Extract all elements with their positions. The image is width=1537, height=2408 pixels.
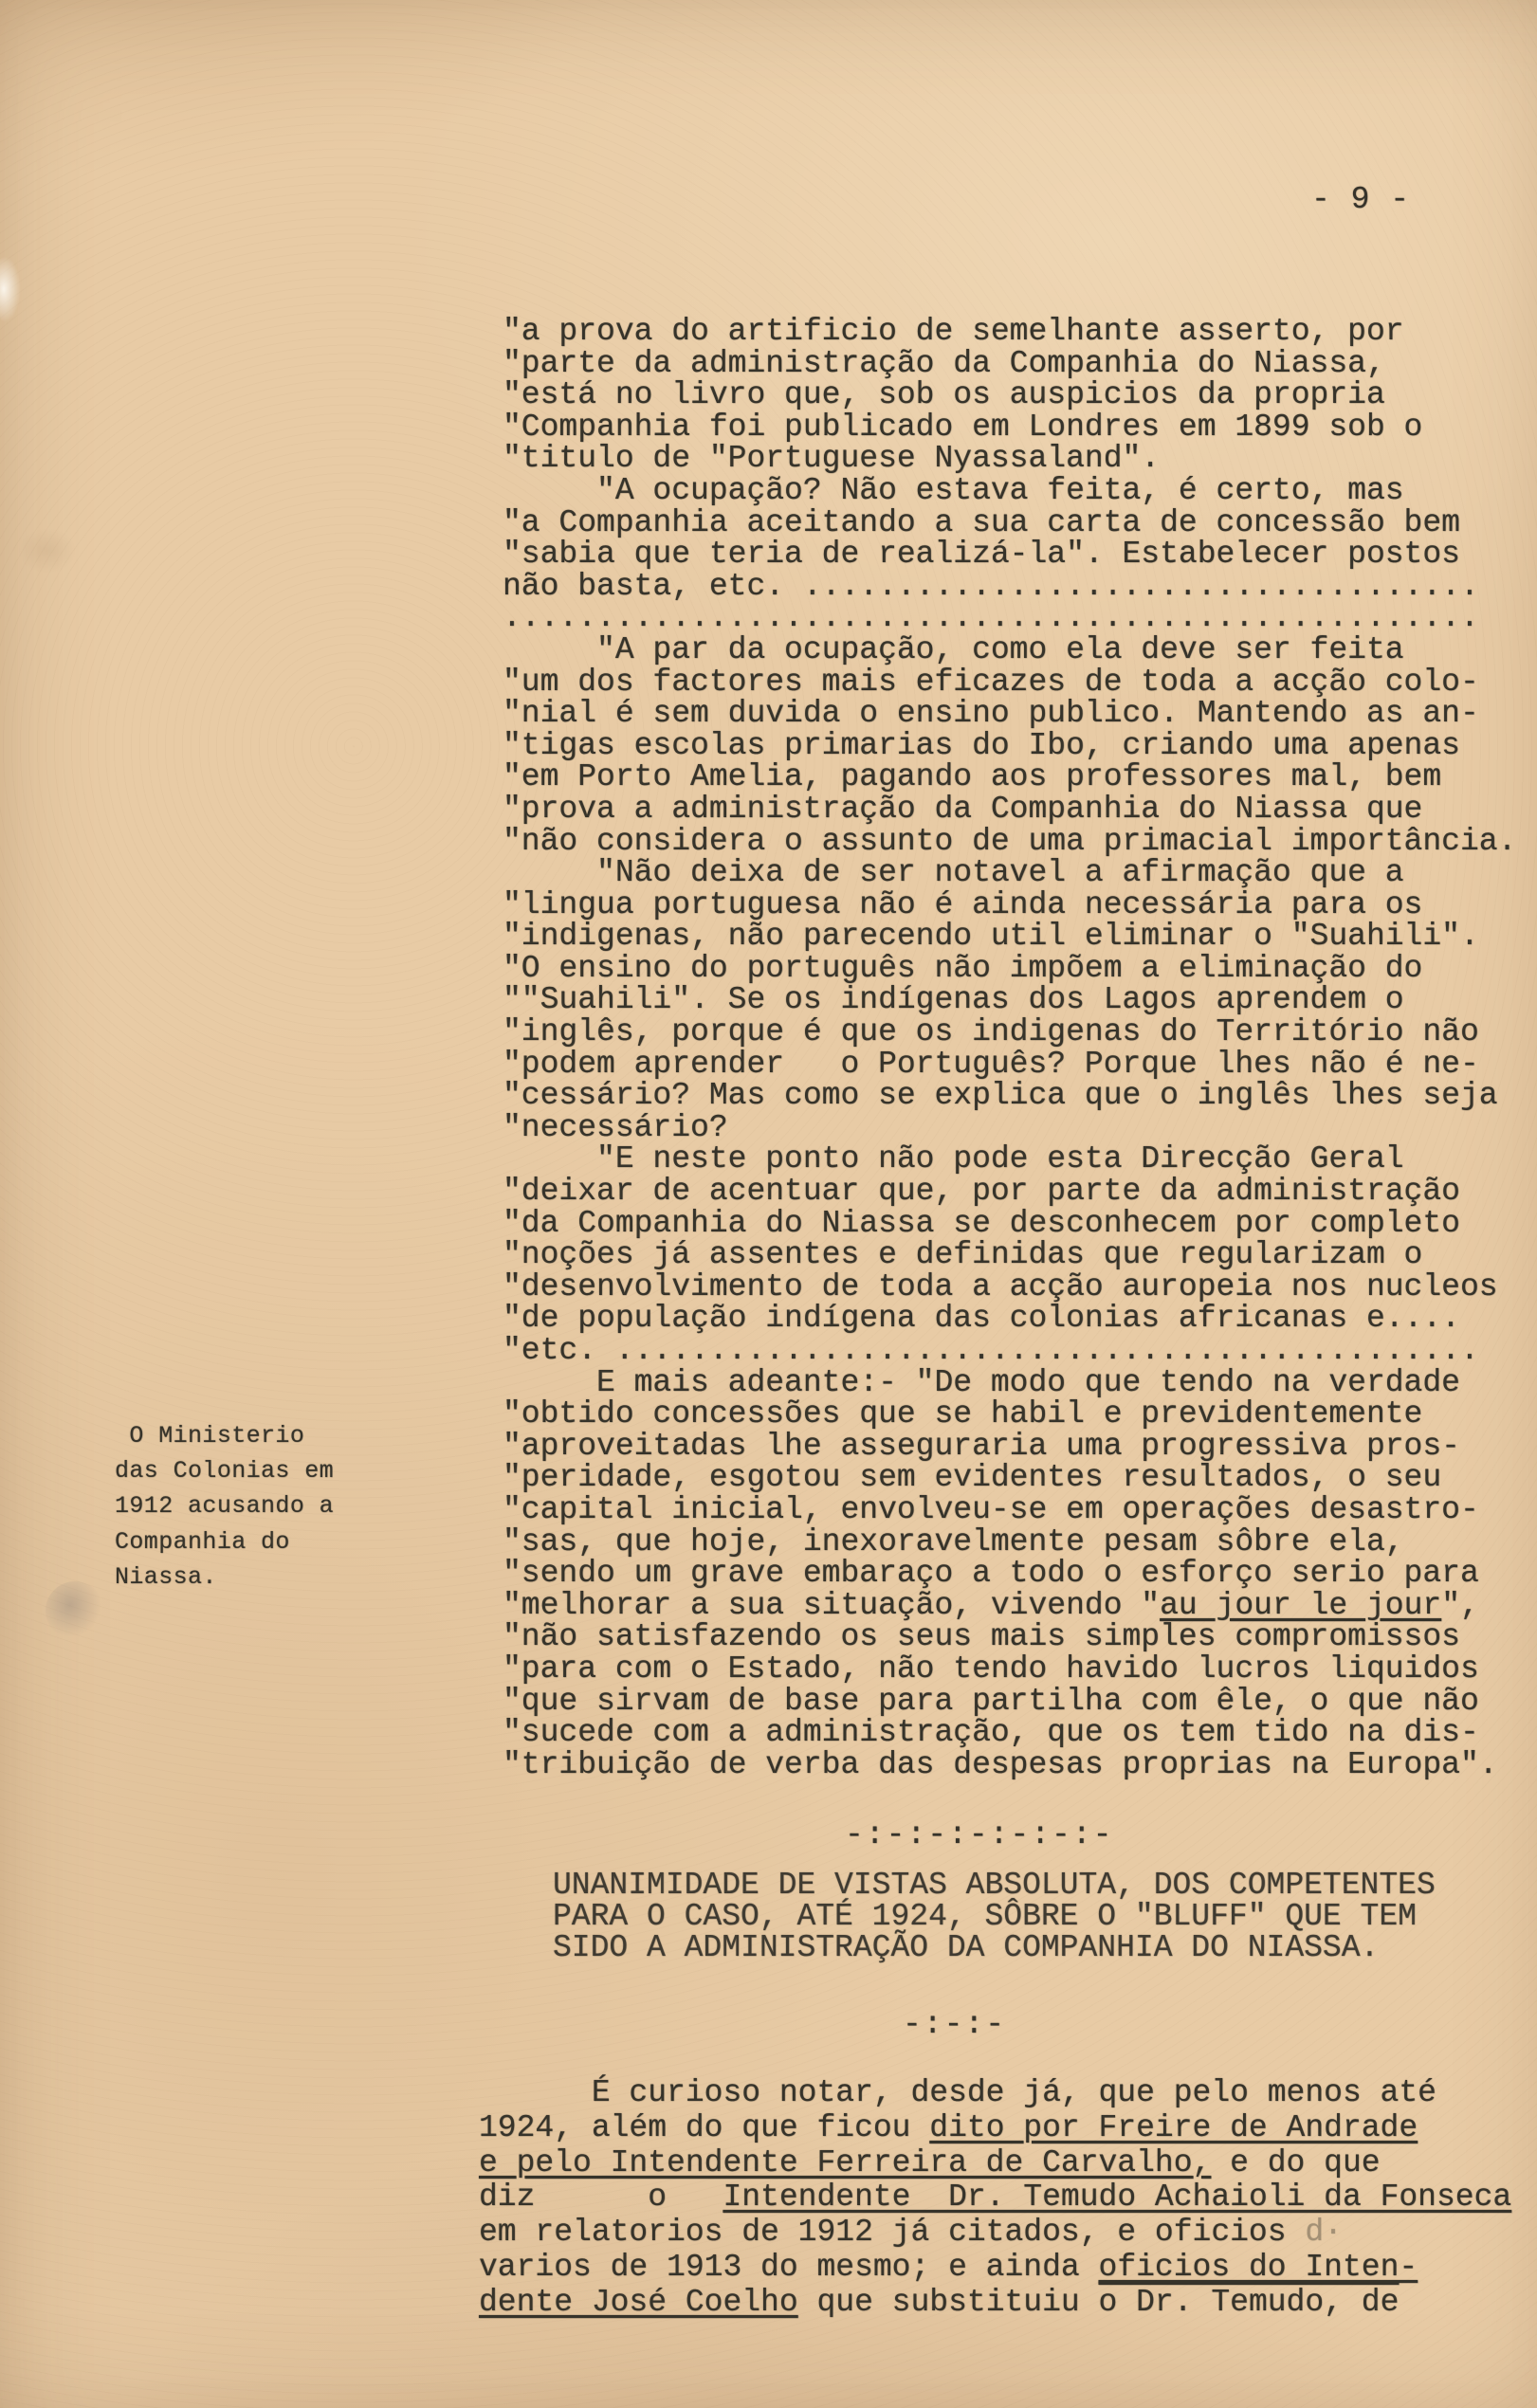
text-line: não basta, etc. ........................… — [503, 571, 1516, 603]
text-line: UNANIMIDADE DE VISTAS ABSOLUTA, DOS COMP… — [553, 1870, 1436, 1901]
text-line: "E neste ponto não pode esta Direcção Ge… — [503, 1143, 1516, 1176]
text-segment: 1924, além do que ficou — [479, 2110, 929, 2145]
text-line: "O ensino do português não impõem a elim… — [503, 953, 1516, 985]
text-line: varios de 1913 do mesmo; e ainda oficios… — [479, 2251, 1511, 2286]
text-line: "para com o Estado, não tendo havido luc… — [503, 1653, 1516, 1686]
underlined-text: Intendente Dr. Temudo Achaioli da Fonsec… — [723, 2180, 1511, 2215]
text-line: "nial é sem duvida o ensino publico. Man… — [503, 698, 1516, 730]
text-line: "sendo um grave embaraço a todo o esforç… — [503, 1558, 1516, 1590]
text-line: "peridade, esgotou sem evidentes resulta… — [503, 1462, 1516, 1494]
text-line: "desenvolvimento de toda a acção auropei… — [503, 1271, 1516, 1304]
text-line: "A ocupação? Não estava feita, é certo, … — [503, 475, 1516, 507]
text-line: "sas, que hoje, inexoravelmente pesam sô… — [503, 1526, 1516, 1559]
separator-ornament-long: -:-:-:-:-:-:- — [845, 1817, 1113, 1852]
text-line: diz o Intendente Dr. Temudo Achaioli da … — [479, 2180, 1511, 2216]
text-segment: diz o — [479, 2180, 723, 2215]
underlined-text: au jour le jour — [1160, 1588, 1441, 1623]
text-line: "tigas escolas primarias do Ibo, criando… — [503, 730, 1516, 762]
page-number: - 9 - — [1311, 182, 1410, 217]
text-line: "cessário? Mas como se explica que o ing… — [503, 1080, 1516, 1112]
text-line: "a Companhia aceitando a sua carta de co… — [503, 507, 1516, 539]
separator-ornament-short: -:-:- — [903, 2007, 1006, 2042]
paper-stain — [17, 527, 78, 575]
text-line: "sabia que teria de realizá-la". Estabel… — [503, 538, 1516, 571]
text-segment: e do que — [1211, 2145, 1380, 2180]
text-segment: em relatorios de 1912 já citados, e ofic… — [479, 2215, 1305, 2250]
text-segment: d· — [1305, 2215, 1343, 2250]
closing-paragraph: É curioso notar, desde já, que pelo meno… — [479, 2076, 1511, 2321]
overlined-text: o Dr. Temudo, de — [1099, 2285, 1400, 2320]
text-line: "necessário? — [503, 1112, 1516, 1144]
text-line: dente José Coelho que substituiu o Dr. T… — [479, 2286, 1511, 2321]
text-line: "não considera o assunto de uma primacia… — [503, 826, 1516, 858]
text-segment: varios de 1913 do mesmo; e ainda — [479, 2250, 1099, 2285]
text-line: "Não deixa de ser notavel a afirmação qu… — [503, 857, 1516, 889]
text-line: SIDO A ADMINISTRAÇÃO DA COMPANHIA DO NIA… — [553, 1932, 1436, 1963]
text-line: e pelo Intendente Ferreira de Carvalho, … — [479, 2146, 1511, 2181]
text-line: ........................................… — [503, 602, 1516, 634]
text-line: E mais adeante:- "De modo que tendo na v… — [503, 1367, 1516, 1399]
text-line: "A par da ocupação, como ela deve ser fe… — [503, 634, 1516, 666]
text-line: Niassa. — [115, 1560, 334, 1595]
text-line: "podem aprender o Português? Porque lhes… — [503, 1049, 1516, 1081]
text-line: "obtido concessões que se habil e previd… — [503, 1398, 1516, 1431]
paper-chip-mark — [0, 256, 21, 322]
underlined-text: dente José Coelho — [479, 2285, 798, 2320]
text-line: 1912 acusando a — [115, 1488, 334, 1523]
text-line: PARA O CASO, ATÉ 1924, SÔBRE O "BLUFF" Q… — [553, 1901, 1436, 1932]
document-page: - 9 - O Ministeriodas Colonias em1912 ac… — [0, 0, 1537, 2408]
text-line: "um dos factores mais eficazes de toda a… — [503, 666, 1516, 699]
text-line: em relatorios de 1912 já citados, e ofic… — [479, 2216, 1511, 2251]
section-heading: UNANIMIDADE DE VISTAS ABSOLUTA, DOS COMP… — [553, 1870, 1436, 1963]
text-line: "noções já assentes e definidas que regu… — [503, 1239, 1516, 1271]
text-line: das Colonias em — [115, 1453, 334, 1488]
body-text-block: "a prova do artificio de semelhante asse… — [503, 316, 1516, 1780]
text-line: "não satisfazendo os seus mais simples c… — [503, 1621, 1516, 1653]
underlined-text: e pelo Intendente Ferreira de Carvalho, — [479, 2145, 1211, 2180]
text-line: "que sirvam de base para partilha com êl… — [503, 1686, 1516, 1718]
margin-note: O Ministeriodas Colonias em1912 acusando… — [115, 1418, 334, 1595]
text-line: "capital inicial, envolveu-se em operaçõ… — [503, 1494, 1516, 1526]
text-line: "tribuição de verba das despesas propria… — [503, 1749, 1516, 1781]
text-line: "lingua portuguesa não é ainda necessári… — [503, 889, 1516, 921]
text-line: "de população indígena das colonias afri… — [503, 1303, 1516, 1335]
text-line: "Companhia foi publicado em Londres em 1… — [503, 411, 1516, 444]
text-line: "prova a administração da Companhia do N… — [503, 794, 1516, 826]
text-line: "indigenas, não parecendo util eliminar … — [503, 921, 1516, 953]
text-line: "parte da administração da Companhia do … — [503, 348, 1516, 380]
text-line: Companhia do — [115, 1524, 334, 1560]
text-line: "da Companhia do Niassa se desconhecem p… — [503, 1208, 1516, 1240]
text-line: "sucede com a administração, que os tem … — [503, 1717, 1516, 1749]
underlined-text: dito por Freire de Andrade — [929, 2110, 1418, 2145]
text-line: É curioso notar, desde já, que pelo meno… — [479, 2076, 1511, 2111]
text-line: "inglês, porque é que os indigenas do Te… — [503, 1016, 1516, 1049]
text-segment: "melhorar a sua situação, vivendo " — [503, 1588, 1160, 1623]
underlined-text: oficios do Inten- — [1099, 2250, 1418, 2285]
text-line: 1924, além do que ficou dito por Freire … — [479, 2111, 1511, 2146]
text-line: "etc. ..................................… — [503, 1335, 1516, 1367]
text-line: "deixar de acentuar que, por parte da ad… — [503, 1176, 1516, 1208]
text-line: "aproveitadas lhe asseguraria uma progre… — [503, 1431, 1516, 1463]
text-line: O Ministerio — [115, 1418, 334, 1453]
text-line: "em Porto Amelia, pagando aos professore… — [503, 761, 1516, 794]
text-line: "está no livro que, sob os auspicios da … — [503, 379, 1516, 411]
text-line: "melhorar a sua situação, vivendo "au jo… — [503, 1590, 1516, 1622]
text-line: "titulo de "Portuguese Nyassaland". — [503, 443, 1516, 475]
text-line: ""Suahili". Se os indígenas dos Lagos ap… — [503, 984, 1516, 1016]
text-segment: que substituiu — [798, 2285, 1099, 2320]
text-line: "a prova do artificio de semelhante asse… — [503, 316, 1516, 348]
text-segment: ", — [1441, 1588, 1479, 1623]
ink-smudge — [46, 1581, 104, 1640]
